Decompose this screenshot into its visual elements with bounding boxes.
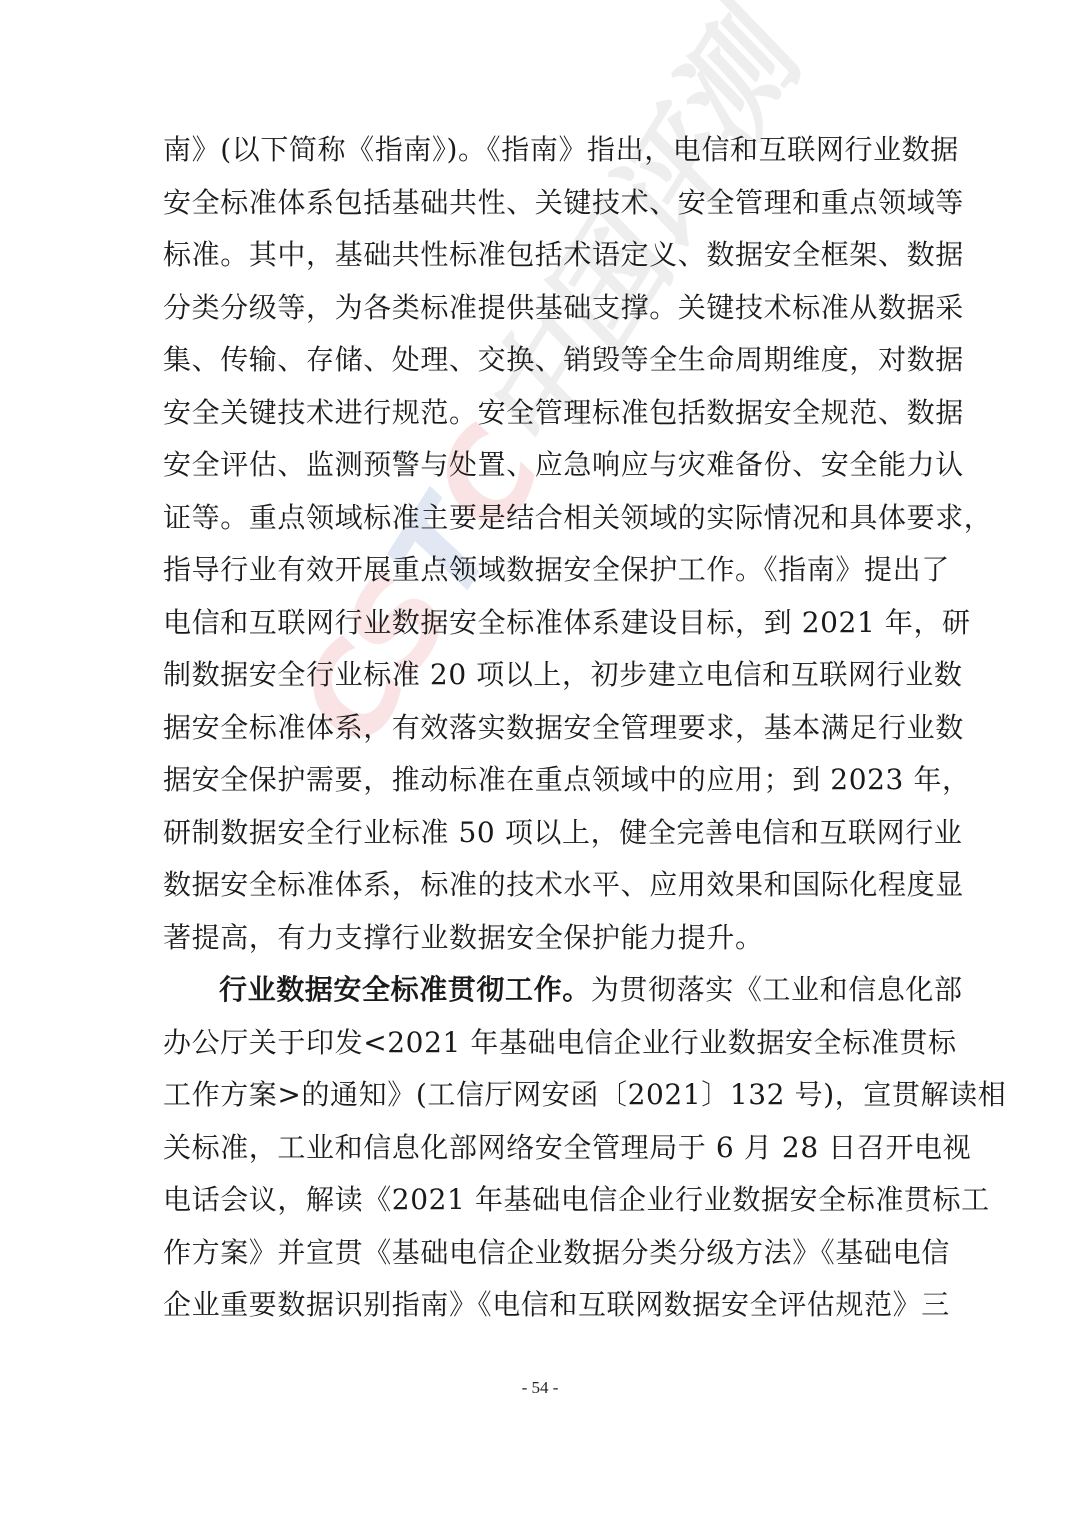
paragraph-line: 工作方案>的通知》(工信厅网安函〔2021〕132 号)，宣贯解读相 (163, 1069, 917, 1122)
paragraph-line: 数据安全标准体系，标准的技术水平、应用效果和国际化程度显 (163, 859, 917, 912)
paragraph-line: 关标准，工业和信息化部网络安全管理局于 6 月 28 日召开电视 (163, 1122, 917, 1175)
paragraph-line: 安全评估、监测预警与处置、应急响应与灾难备份、安全能力认 (163, 439, 917, 492)
paragraph-line: 安全标准体系包括基础共性、关键技术、安全管理和重点领域等 (163, 177, 917, 230)
paragraph-line: 企业重要数据识别指南》《电信和互联网数据安全评估规范》三 (163, 1279, 917, 1332)
paragraph-line: 著提高，有力支撑行业数据安全保护能力提升。 (163, 912, 917, 965)
paragraph-line: 据安全标准体系，有效落实数据安全管理要求，基本满足行业数 (163, 702, 917, 755)
paragraph-line: 制数据安全行业标准 20 项以上，初步建立电信和互联网行业数 (163, 649, 917, 702)
paragraph-line: 作方案》并宣贯《基础电信企业数据分类分级方法》《基础电信 (163, 1227, 917, 1280)
page-number: - 54 - (0, 1378, 1080, 1398)
paragraph-line: 集、传输、存储、处理、交换、销毁等全生命周期维度，对数据 (163, 334, 917, 387)
paragraph-line: 指导行业有效开展重点领域数据安全保护工作。《指南》提出了 (163, 544, 917, 597)
document-page: CSTC中国评测 南》(以下简称《指南》)。《指南》指出，电信和互联网行业数据 … (0, 0, 1080, 1527)
section-first-line: 行业数据安全标准贯彻工作。为贯彻落实《工业和信息化部 (163, 964, 917, 1017)
paragraph-line: 分类分级等，为各类标准提供基础支撑。关键技术标准从数据采 (163, 282, 917, 335)
paragraph-line: 南》(以下简称《指南》)。《指南》指出，电信和互联网行业数据 (163, 124, 917, 177)
section-first-line-text: 为贯彻落实《工业和信息化部 (591, 973, 963, 1006)
paragraph-line: 据安全保护需要，推动标准在重点领域中的应用；到 2023 年， (163, 754, 917, 807)
body-text: 南》(以下简称《指南》)。《指南》指出，电信和互联网行业数据 安全标准体系包括基… (163, 124, 917, 1332)
paragraph-line: 标准。其中，基础共性标准包括术语定义、数据安全框架、数据 (163, 229, 917, 282)
paragraph-line: 研制数据安全行业标准 50 项以上，健全完善电信和互联网行业 (163, 807, 917, 860)
paragraph-line: 安全关键技术进行规范。安全管理标准包括数据安全规范、数据 (163, 387, 917, 440)
paragraph-line: 电话会议，解读《2021 年基础电信企业行业数据安全标准贯标工 (163, 1174, 917, 1227)
paragraph-line: 电信和互联网行业数据安全标准体系建设目标，到 2021 年，研 (163, 597, 917, 650)
paragraph-line: 办公厅关于印发<2021 年基础电信企业行业数据安全标准贯标 (163, 1017, 917, 1070)
section-heading: 行业数据安全标准贯彻工作。 (219, 973, 591, 1006)
paragraph-line: 证等。重点领域标准主要是结合相关领域的实际情况和具体要求， (163, 492, 917, 545)
